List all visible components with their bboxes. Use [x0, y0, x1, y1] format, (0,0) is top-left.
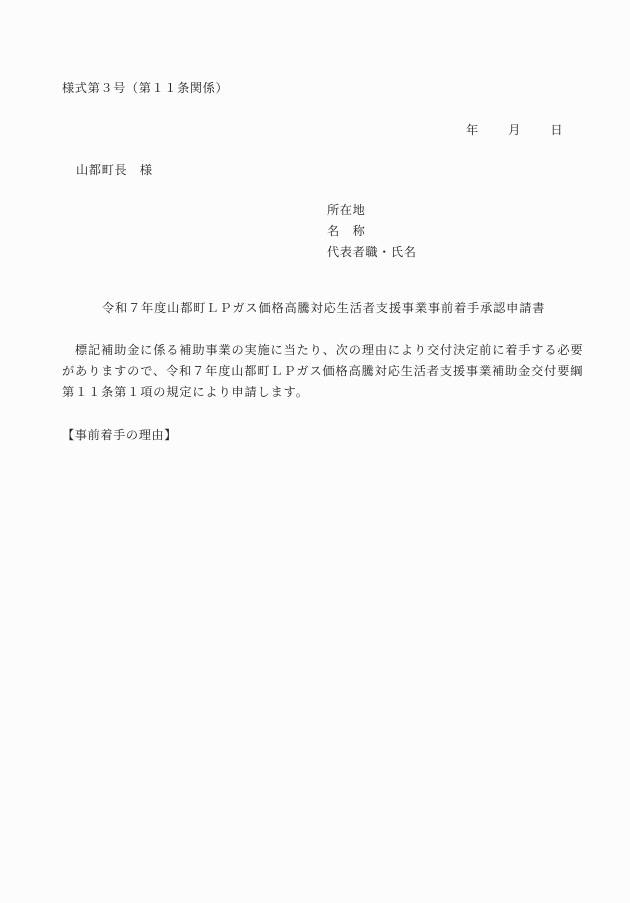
- reason-heading: 【事前着手の理由】: [62, 425, 177, 446]
- applicant-block: 所在地 名 称 代表者職・氏名: [327, 200, 417, 263]
- year-label: 年: [466, 120, 478, 141]
- day-label: 日: [550, 120, 562, 141]
- applicant-representative-label: 代表者職・氏名: [327, 242, 417, 263]
- body-line: 標記補助金に係る補助事業の実施に当たり、次の理由により交付決定前に着手する必要: [62, 340, 572, 361]
- body-paragraph: 標記補助金に係る補助事業の実施に当たり、次の理由により交付決定前に着手する必要 …: [62, 340, 572, 403]
- addressee: 山都町長 様: [76, 160, 153, 181]
- document-title: 令和７年度山都町ＬＰガス価格高騰対応生活者支援事業事前着手承認申請書: [102, 298, 545, 319]
- date-line: 年月日: [466, 120, 563, 141]
- month-label: 月: [508, 120, 520, 141]
- applicant-address-label: 所在地: [327, 200, 417, 221]
- body-line: がありますので、令和７年度山都町ＬＰガス価格高騰対応生活者支援事業補助金交付要綱: [62, 361, 572, 382]
- form-number: 様式第３号（第１１条関係）: [62, 78, 228, 99]
- body-line: 第１１条第１項の規定により申請します。: [62, 382, 572, 403]
- applicant-name-label: 名 称: [327, 221, 417, 242]
